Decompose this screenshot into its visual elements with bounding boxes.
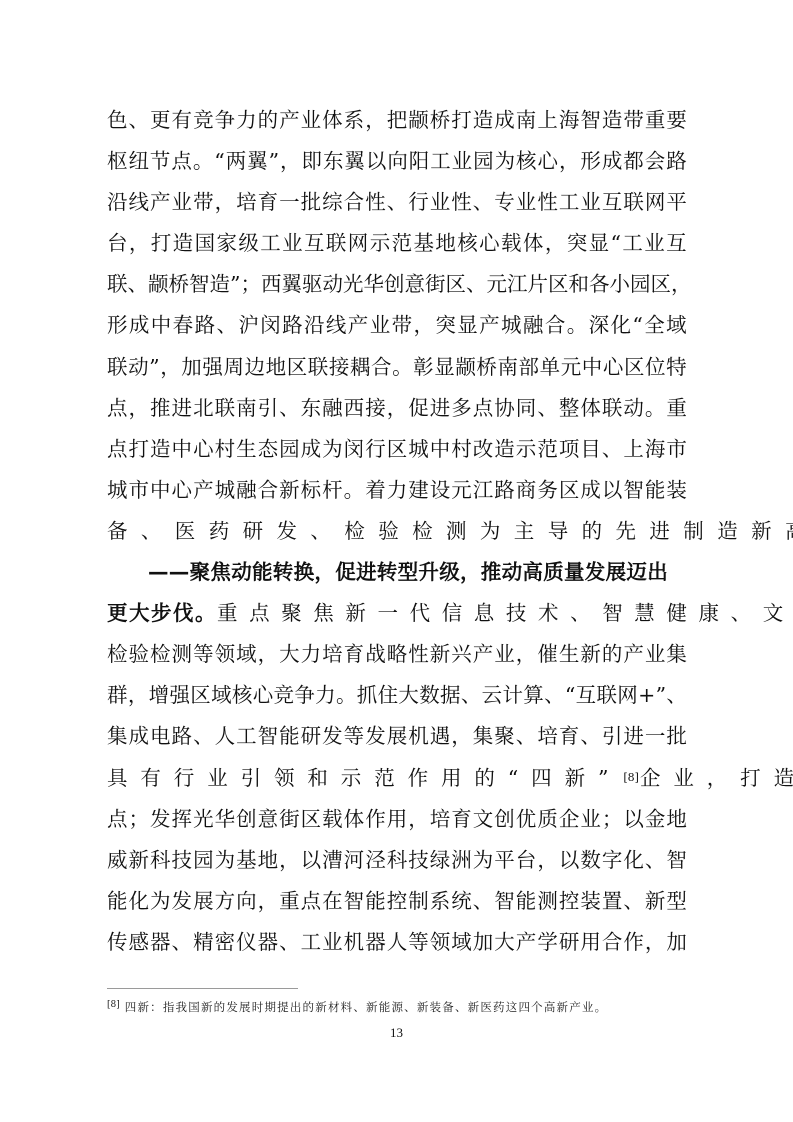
glyph: 挥 — [172, 799, 193, 840]
glyph: 密 — [215, 922, 236, 963]
glyph: 据 — [440, 675, 461, 716]
glyph: 动 — [623, 388, 644, 429]
glyph: 范 — [392, 223, 413, 264]
glyph: 人 — [215, 716, 236, 757]
glyph: 、 — [466, 264, 487, 305]
glyph: 项 — [559, 429, 580, 470]
glyph: 、 — [461, 675, 482, 716]
glyph: 性 — [408, 634, 429, 675]
glyph: 以 — [559, 840, 580, 881]
glyph: 域 — [211, 675, 232, 716]
glyph: 单 — [540, 347, 561, 388]
text-line: 联动”，加强周边地区联接耦合。彰显颛桥南部单元中心区位特 — [107, 347, 687, 388]
glyph: 业 — [282, 223, 303, 264]
glyph: 、 — [623, 881, 644, 922]
glyph: 片 — [527, 264, 548, 305]
glyph: 学 — [537, 922, 558, 963]
glyph: 生 — [236, 429, 257, 470]
glyph: 地 — [266, 347, 287, 388]
glyph: 、 — [473, 182, 494, 223]
footnote-marker: [8] — [107, 1000, 120, 1010]
glyph: 西 — [344, 388, 365, 429]
glyph: 态 — [258, 429, 279, 470]
glyph: 育 — [344, 634, 365, 675]
glyph: 漕 — [322, 840, 343, 881]
glyph: 区 — [548, 264, 569, 305]
glyph: 装 — [580, 881, 601, 922]
glyph: 兴 — [451, 634, 472, 675]
glyph: 闵 — [260, 305, 281, 346]
text-line: 传感器、精密仪器、工业机器人等领域加大产学研用合作，加 — [107, 922, 687, 963]
glyph: 控 — [559, 881, 580, 922]
glyph: 中 — [150, 470, 171, 511]
glyph: 成 — [602, 141, 623, 182]
glyph: 化 — [129, 881, 150, 922]
glyph: 华 — [215, 799, 236, 840]
glyph: 突 — [567, 223, 588, 264]
glyph: 业 — [452, 141, 473, 182]
glyph: 村 — [451, 429, 472, 470]
glyph: 传 — [107, 922, 128, 963]
glyph: 、 — [128, 264, 149, 305]
glyph: ， — [451, 716, 472, 757]
glyph: 力 — [236, 100, 257, 141]
glyph: 企 — [559, 799, 580, 840]
glyph: 业 — [494, 634, 515, 675]
glyph: 更 — [150, 100, 171, 141]
glyph: 翼 — [247, 141, 268, 182]
glyph: 域 — [451, 922, 472, 963]
glyph: 区 — [287, 347, 308, 388]
glyph: 要 — [666, 100, 687, 141]
glyph: 合 — [602, 922, 623, 963]
glyph: 东 — [323, 141, 344, 182]
glyph: 江 — [507, 264, 528, 305]
glyph: 发 — [365, 716, 386, 757]
glyph: 领 — [430, 922, 451, 963]
heading-continuation-line: 更大步伐。 重点聚焦新一代信息技术、智慧健康、文化创意、 — [107, 593, 687, 634]
glyph: 地 — [435, 223, 456, 264]
glyph: 进 — [172, 388, 193, 429]
glyph: 江 — [473, 470, 494, 511]
glyph: ， — [516, 634, 537, 675]
glyph: 感 — [129, 922, 150, 963]
glyph: 联 — [107, 347, 128, 388]
glyph: 电 — [150, 716, 171, 757]
glyph: 数 — [580, 840, 601, 881]
glyph: 成 — [494, 100, 515, 141]
glyph: 边 — [245, 347, 266, 388]
glyph: 一 — [279, 182, 300, 223]
glyph: 。 — [567, 305, 588, 346]
glyph: 全 — [644, 305, 665, 346]
glyph: 互 — [304, 223, 325, 264]
glyph: 智 — [623, 470, 644, 511]
glyph: 、 — [473, 881, 494, 922]
glyph: 制 — [408, 881, 429, 922]
glyph: 产 — [150, 182, 171, 223]
glyph: ， — [387, 388, 408, 429]
glyph: 置 — [602, 881, 623, 922]
glyph: 协 — [494, 388, 515, 429]
text-line: 城市中心产城融合新标杆。着力建设元江路商务区成以智能装 — [107, 470, 687, 511]
glyph: 把 — [387, 100, 408, 141]
text-line: 色、更有竞争力的产业体系，把颛桥打造成南上海智造带重要 — [107, 100, 687, 141]
glyph: 地 — [666, 799, 687, 840]
glyph: 展 — [387, 716, 408, 757]
heading-line: ——聚焦动能转换，促进转型升级，推动高质量发展迈出 — [107, 552, 687, 593]
glyph: 显 — [589, 223, 610, 264]
glyph: 、 — [279, 388, 300, 429]
glyph: 深 — [589, 305, 610, 346]
glyph: 为 — [473, 840, 494, 881]
glyph: 街 — [279, 799, 300, 840]
glyph: 字 — [602, 840, 623, 881]
glyph: 园 — [279, 429, 300, 470]
glyph: 商 — [516, 470, 537, 511]
glyph: 业 — [301, 100, 322, 141]
glyph: 在 — [322, 881, 343, 922]
body-text: 色、更有竞争力的产业体系，把颛桥打造成南上海智造带重要枢纽节点。“两翼”，即东翼… — [107, 100, 687, 963]
glyph: 培 — [430, 799, 451, 840]
glyph: ， — [160, 347, 181, 388]
glyph: 系 — [430, 881, 451, 922]
glyph: 海 — [559, 100, 580, 141]
glyph: 能 — [107, 881, 128, 922]
glyph: ； — [129, 799, 150, 840]
glyph: 上 — [537, 100, 558, 141]
glyph: 业 — [430, 182, 451, 223]
glyph: 部 — [519, 347, 540, 388]
glyph: 领 — [215, 634, 236, 675]
glyph: 增 — [149, 675, 170, 716]
glyph: 即 — [302, 141, 323, 182]
glyph: “ — [214, 141, 224, 182]
glyph: 智 — [494, 881, 515, 922]
glyph: 以 — [301, 840, 322, 881]
glyph: 。 — [336, 675, 357, 716]
glyph: 同 — [516, 388, 537, 429]
glyph: ， — [215, 182, 236, 223]
glyph: 测 — [172, 634, 193, 675]
glyph: 区 — [190, 675, 211, 716]
glyph: 算 — [523, 675, 544, 716]
glyph: 仪 — [236, 922, 257, 963]
glyph: 体 — [523, 223, 544, 264]
glyph: 接 — [365, 388, 386, 429]
glyph: 集 — [666, 634, 687, 675]
glyph: 新 — [580, 634, 601, 675]
glyph: 光 — [193, 799, 214, 840]
glyph: ， — [258, 634, 279, 675]
glyph: 云 — [482, 675, 503, 716]
glyph: 产 — [473, 634, 494, 675]
glyph: 造 — [173, 223, 194, 264]
glyph: 强 — [202, 347, 223, 388]
glyph: 园 — [630, 264, 651, 305]
glyph: 西 — [261, 264, 282, 305]
text-line: 台，打造国家级工业互联网示范基地核心载体，突显“工业互 — [107, 223, 687, 264]
page-number: 13 — [0, 1025, 793, 1041]
glyph: 集 — [107, 716, 128, 757]
glyph: 工 — [430, 141, 451, 182]
glyph: 化 — [623, 840, 644, 881]
glyph: 智 — [666, 840, 687, 881]
glyph: 强 — [169, 675, 190, 716]
glyph: ， — [645, 922, 666, 963]
glyph: 加 — [181, 347, 202, 388]
glyph: 点 — [301, 881, 322, 922]
glyph: 核 — [232, 675, 253, 716]
glyph: 工 — [260, 223, 281, 264]
glyph: 作 — [365, 799, 386, 840]
footnote-ref-line: 具有行业引领和示范作用的“四新”[8]企业，打造经济增长新亮 — [107, 758, 687, 799]
glyph: 业 — [516, 182, 537, 223]
glyph: 产 — [479, 305, 500, 346]
glyph: 洲 — [451, 840, 472, 881]
glyph: 工 — [301, 922, 322, 963]
glyph: 区 — [559, 470, 580, 511]
glyph: 人 — [387, 922, 408, 963]
glyph: 业 — [644, 223, 665, 264]
glyph: 作 — [623, 922, 644, 963]
glyph: “ — [632, 305, 642, 346]
glyph: 等 — [193, 634, 214, 675]
text-line: 威新科技园为基地，以漕河泾科技绿洲为平台，以数字化、智 — [107, 840, 687, 881]
glyph: 智 — [344, 881, 365, 922]
glyph: 华 — [363, 264, 384, 305]
glyph: ， — [279, 840, 300, 881]
glyph: 性 — [365, 182, 386, 223]
glyph: 机 — [408, 716, 429, 757]
glyph: 向 — [236, 881, 257, 922]
glyph: 元 — [486, 264, 507, 305]
glyph: 、 — [387, 182, 408, 223]
glyph: 意 — [258, 799, 279, 840]
glyph: 。 — [645, 388, 666, 429]
glyph: 促 — [408, 388, 429, 429]
glyph: 示 — [370, 223, 391, 264]
glyph: ， — [129, 388, 150, 429]
glyph: 新 — [279, 470, 300, 511]
glyph: 节 — [150, 141, 171, 182]
glyph: 以 — [623, 799, 644, 840]
glyph: 计 — [502, 675, 523, 716]
glyph: 元 — [561, 347, 582, 388]
glyph: 带 — [193, 182, 214, 223]
glyph: 创 — [384, 264, 405, 305]
paragraph-innovation-part2: 点；发挥光华创意街区载体作用，培育文创优质企业；以金地威新科技园为基地，以漕河泾… — [107, 799, 687, 963]
glyph: 为 — [150, 881, 171, 922]
glyph: 标 — [301, 470, 322, 511]
glyph: 遇 — [430, 716, 451, 757]
glyph: 批 — [666, 716, 687, 757]
glyph: + — [638, 675, 655, 716]
glyph: 威 — [107, 840, 128, 881]
glyph: 联 — [326, 223, 347, 264]
glyph: 联 — [107, 264, 128, 305]
glyph: 点 — [171, 141, 192, 182]
glyph: 中 — [151, 305, 172, 346]
glyph: 位 — [645, 347, 666, 388]
glyph: 形 — [580, 141, 601, 182]
glyph: 产 — [516, 922, 537, 963]
glyph: 引 — [258, 388, 279, 429]
glyph: 合 — [545, 305, 566, 346]
glyph: 区 — [387, 429, 408, 470]
glyph: 业 — [645, 634, 666, 675]
glyph: 、 — [216, 305, 237, 346]
glyph: 优 — [516, 799, 537, 840]
glyph: 、 — [172, 922, 193, 963]
glyph: 路 — [282, 305, 303, 346]
glyph: 数 — [419, 675, 440, 716]
glyph: 住 — [378, 675, 399, 716]
glyph: 域 — [666, 305, 687, 346]
glyph: 颛 — [408, 100, 429, 141]
glyph: 光 — [343, 264, 364, 305]
glyph: 争 — [294, 675, 315, 716]
glyph: 育 — [451, 799, 472, 840]
glyph: 略 — [387, 634, 408, 675]
glyph: 融 — [523, 305, 544, 346]
glyph: 联 — [215, 388, 236, 429]
glyph: 控 — [387, 881, 408, 922]
glyph: 家 — [216, 223, 237, 264]
text-line: 集成电路、人工智能研发等发展机遇，集聚、培育、引进一批 — [107, 716, 687, 757]
glyph: 创 — [236, 799, 257, 840]
glyph: 技 — [408, 840, 429, 881]
glyph: 发 — [172, 881, 193, 922]
glyph: 区 — [650, 264, 671, 305]
glyph: 业 — [370, 305, 391, 346]
glyph: 驱 — [302, 264, 323, 305]
glyph: 研 — [559, 922, 580, 963]
glyph: 纽 — [128, 141, 149, 182]
glyph: 互 — [602, 182, 623, 223]
glyph: 型 — [666, 881, 687, 922]
glyph: 各 — [589, 264, 610, 305]
glyph: 路 — [666, 141, 687, 182]
glyph: 文 — [473, 799, 494, 840]
glyph: 闵 — [344, 429, 365, 470]
glyph: 融 — [322, 388, 343, 429]
glyph: 南 — [516, 100, 537, 141]
glyph: 动 — [322, 264, 343, 305]
glyph: 城 — [107, 470, 128, 511]
glyph: 、 — [645, 840, 666, 881]
glyph: 、 — [544, 675, 565, 716]
heading-bold-line2: 更大步伐。 — [107, 593, 217, 634]
glyph: 力 — [315, 675, 336, 716]
glyph: 园 — [473, 141, 494, 182]
text-line: 枢纽节点。“两翼”，即东翼以向阳工业园为核心，形成都会路 — [107, 141, 687, 182]
glyph: 合 — [258, 470, 279, 511]
glyph: 聚 — [494, 716, 515, 757]
glyph: 用 — [580, 922, 601, 963]
glyph: 检 — [107, 634, 128, 675]
text-line: 形成中春路、沪闵路沿线产业带，突显产城融合。深化“全域 — [107, 305, 687, 346]
glyph: 造 — [602, 100, 623, 141]
glyph: 城 — [408, 429, 429, 470]
glyph: 点 — [107, 388, 128, 429]
glyph: 器 — [150, 922, 171, 963]
glyph: ， — [408, 799, 429, 840]
glyph: 网 — [645, 182, 666, 223]
glyph: 。 — [193, 141, 214, 182]
footnote-8: [8]四新：指我国新的发展时期提出的新材料、新能源、新装备、新医药这四个高新产业… — [107, 998, 607, 1016]
glyph: 北 — [193, 388, 214, 429]
glyph: 行 — [365, 429, 386, 470]
glyph: 成 — [129, 716, 150, 757]
glyph: 载 — [322, 799, 343, 840]
glyph: ； — [240, 264, 261, 305]
glyph: 工 — [559, 182, 580, 223]
glyph: 引 — [602, 716, 623, 757]
text-line: 能化为发展方向，重点在智能控制系统、智能测控装置、新型 — [107, 881, 687, 922]
glyph: 颛 — [148, 264, 169, 305]
glyph: 能 — [516, 881, 537, 922]
glyph: 整 — [559, 388, 580, 429]
glyph: 沿 — [304, 305, 325, 346]
glyph: 着 — [365, 470, 386, 511]
glyph: 批 — [301, 182, 322, 223]
glyph: 新 — [129, 840, 150, 881]
glyph: 阳 — [409, 141, 430, 182]
glyph: 桥 — [476, 347, 497, 388]
glyph: 改 — [473, 429, 494, 470]
glyph: 枢 — [107, 141, 128, 182]
glyph: 联 — [308, 347, 329, 388]
glyph: 心 — [253, 675, 274, 716]
glyph: 东 — [301, 388, 322, 429]
glyph: 合 — [371, 347, 392, 388]
glyph: ， — [413, 305, 434, 346]
glyph: 心 — [479, 223, 500, 264]
glyph: ” — [230, 264, 240, 305]
glyph: 力 — [387, 470, 408, 511]
glyph: 造 — [473, 100, 494, 141]
glyph: 级 — [238, 223, 259, 264]
glyph: 为 — [322, 429, 343, 470]
glyph: 大 — [398, 675, 419, 716]
text-line: 检验检测等领域，大力培育战略性新兴产业，催生新的产业集 — [107, 634, 687, 675]
glyph: 接 — [329, 347, 350, 388]
glyph: 形 — [107, 305, 128, 346]
glyph: 智 — [258, 716, 279, 757]
glyph: 造 — [150, 429, 171, 470]
glyph: 都 — [623, 141, 644, 182]
glyph: 示 — [516, 429, 537, 470]
glyph: 特 — [666, 347, 687, 388]
glyph: 沪 — [238, 305, 259, 346]
glyph: 心 — [603, 347, 624, 388]
glyph: 春 — [173, 305, 194, 346]
glyph: 颛 — [455, 347, 476, 388]
glyph: 争 — [215, 100, 236, 141]
document-page: 色、更有竞争力的产业体系，把颛桥打造成南上海智造带重要枢纽节点。“两翼”，即东翼… — [0, 0, 793, 1122]
glyph: 专 — [494, 182, 515, 223]
glyph: 海 — [645, 429, 666, 470]
glyph: 融 — [236, 470, 257, 511]
glyph: 研 — [301, 716, 322, 757]
heading-line2-rest: 重点聚焦新一代信息技术、智慧健康、文化创意、 — [217, 593, 793, 634]
glyph: 培 — [322, 634, 343, 675]
glyph: 质 — [537, 799, 558, 840]
glyph: 务 — [537, 470, 558, 511]
glyph: 、 — [580, 716, 601, 757]
glyph: 平 — [666, 182, 687, 223]
